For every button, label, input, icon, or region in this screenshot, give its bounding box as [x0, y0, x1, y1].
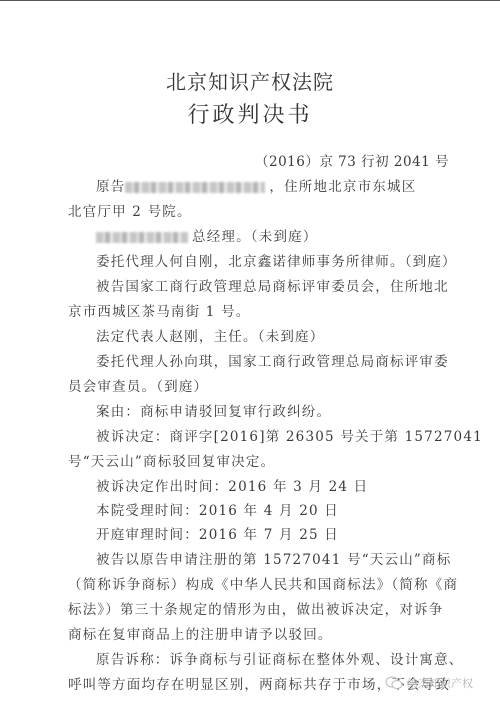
document-title: 行政判决书 — [0, 98, 500, 129]
doc-line: 委托代理人孙向琪，国家工商行政管理总局商标评审委 — [96, 353, 449, 371]
doc-line: 被告以原告申请注册的第 15727041 号“天云山”商标 — [96, 551, 451, 569]
wechat-icon — [385, 676, 403, 690]
doc-line: 京市西城区茶马南街 1 号。 — [68, 303, 250, 321]
redacted-plaintiff-name — [125, 182, 265, 193]
doc-line: 被诉决定作出时间：2016 年 3 月 24 日 — [96, 478, 368, 496]
doc-line: 案由：商标申请驳回复审行政纠纷。 — [96, 403, 331, 421]
case-number: （2016）京 73 行初 2041 号 — [255, 150, 449, 170]
doc-line: 委托代理人何自刚，北京鑫诺律师事务所律师。（到庭） — [96, 253, 457, 271]
doc-line: 员会审查员。（到庭） — [68, 378, 208, 396]
plaintiff-address: ，住所地北京市东城区 — [269, 179, 416, 195]
doc-line: 商标在复审商品上的注册申请予以驳回。 — [68, 626, 333, 644]
doc-line: 法定代表人赵刚，主任。（未到庭） — [96, 328, 324, 346]
representative-title: 总经理。（未到庭） — [192, 229, 318, 245]
plaintiff-line: 原告，住所地北京市东城区 — [96, 178, 416, 196]
watermark: 纳杰知识产权 — [385, 675, 473, 691]
doc-line: 被诉决定：商评字[2016]第 26305 号关于第 15727041 — [96, 428, 483, 446]
top-border — [0, 0, 500, 1]
plaintiff-label: 原告 — [96, 179, 125, 195]
court-name: 北京知识产权法院 — [0, 66, 500, 95]
doc-line: 号“天云山”商标驳回复审决定。 — [68, 453, 275, 471]
doc-line: 北官厅甲 2 号院。 — [68, 203, 192, 221]
doc-line: 标法》）第三十条规定的情形为由，做出被诉决定，对诉争 — [68, 601, 443, 619]
doc-line: 本院受理时间：2016 年 4 月 20 日 — [96, 502, 339, 520]
redacted-representative-name — [96, 232, 188, 243]
doc-line: 开庭审理时间：2016 年 7 月 25 日 — [96, 526, 339, 544]
watermark-text: 纳杰知识产权 — [407, 675, 473, 691]
doc-line: 被告国家工商行政管理总局商标评审委员会，住所地北 — [96, 278, 449, 296]
doc-line: （简称诉争商标）构成《中华人民共和国商标法》（简称《商 — [68, 576, 458, 594]
representative-line: 总经理。（未到庭） — [96, 228, 318, 246]
doc-line: 原告诉称：诉争商标与引证商标在整体外观、设计寓意、 — [96, 651, 464, 669]
